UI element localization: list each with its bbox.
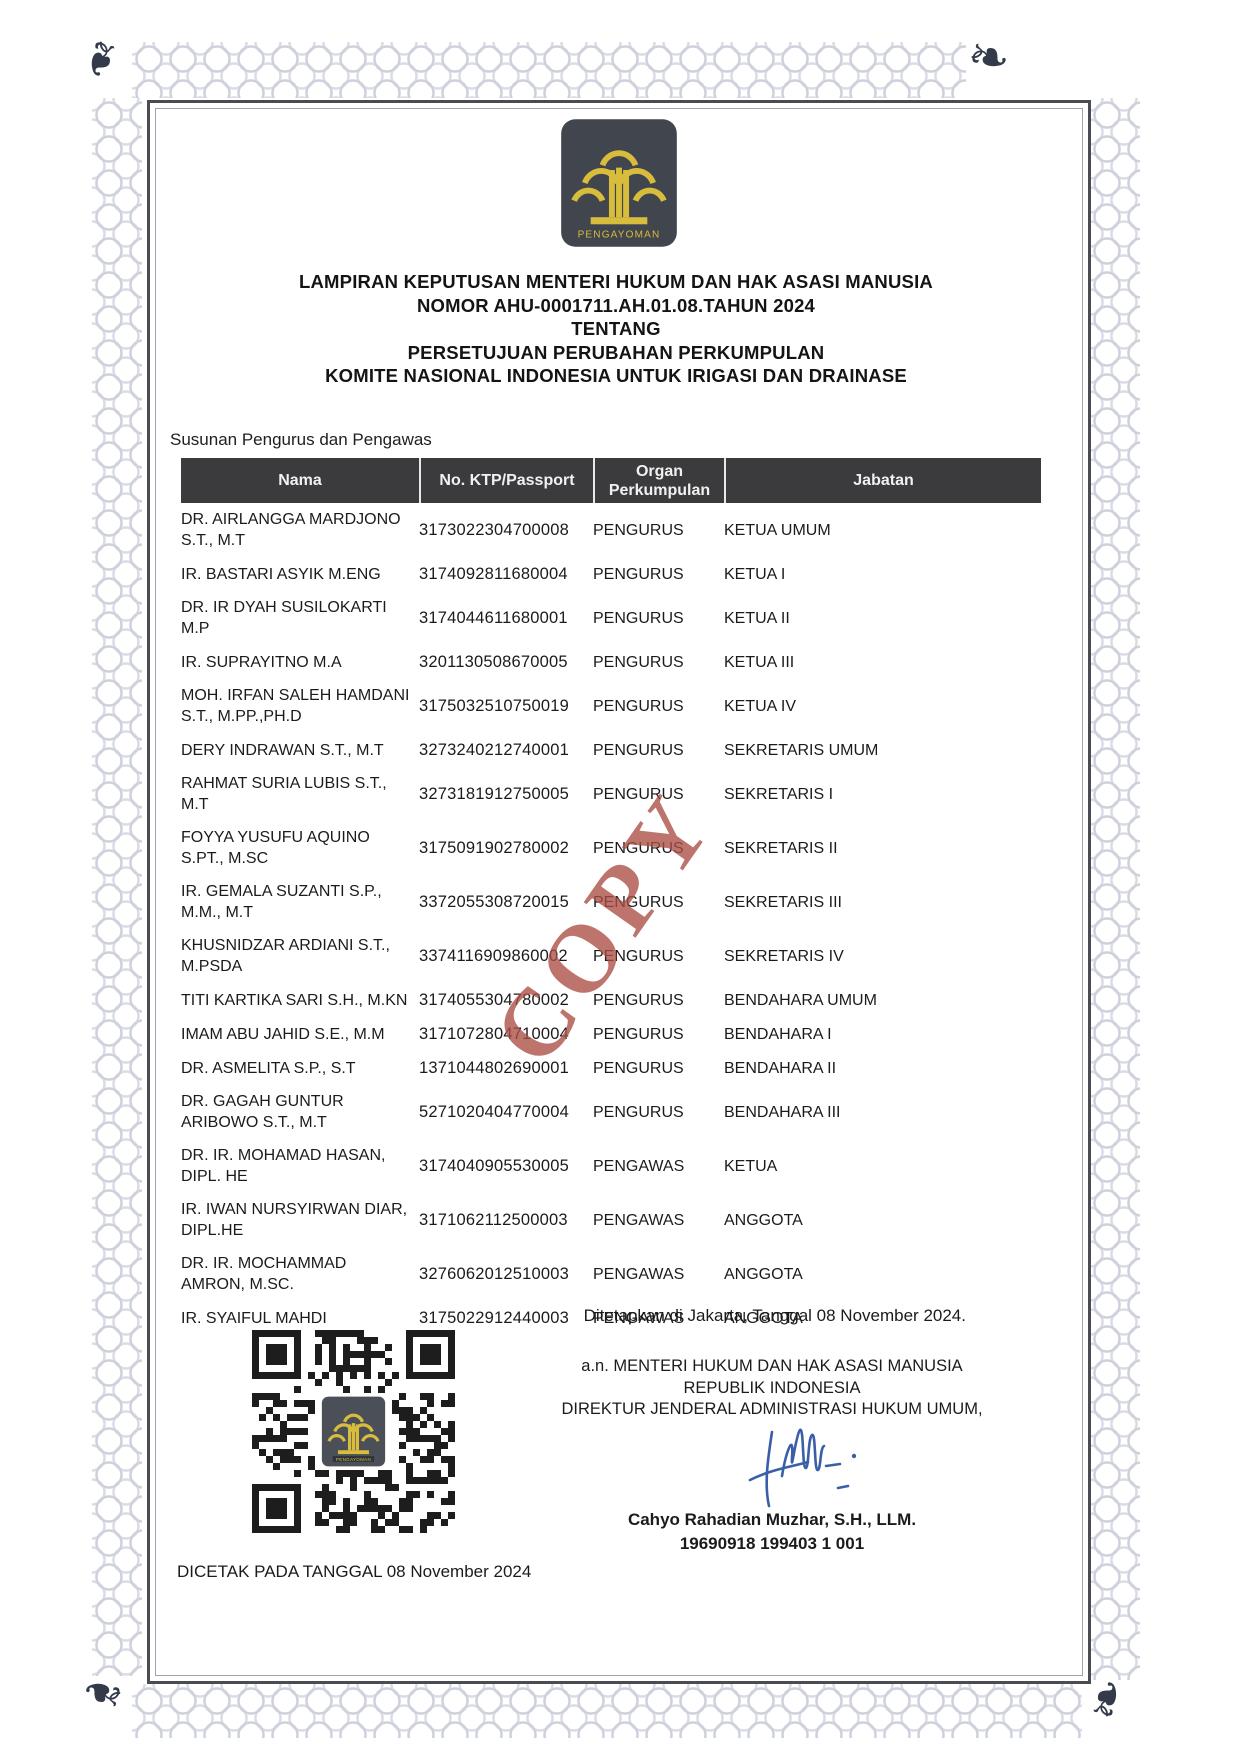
corner-fleuron-icon: ❧ — [73, 34, 130, 84]
cell-organ: PENGURUS — [593, 520, 724, 541]
cell-nama: IR. SUPRAYITNO M.A — [181, 652, 419, 673]
cell-ktp: 3171062112500003 — [419, 1210, 593, 1231]
cell-jabatan: ANGGOTA — [724, 1264, 1041, 1285]
cell-ktp: 3173022304700008 — [419, 520, 593, 541]
cell-ktp: 3174055304780002 — [419, 990, 593, 1011]
cell-ktp: 3276062012510003 — [419, 1264, 593, 1285]
signer-nip: 19690918 199403 1 001 — [558, 1534, 986, 1554]
cell-ktp: 3273181912750005 — [419, 784, 593, 805]
cell-jabatan: BENDAHARA III — [724, 1102, 1041, 1123]
signer-name: Cahyo Rahadian Muzhar, S.H., LLM. — [558, 1510, 986, 1530]
cell-ktp: 5271020404770004 — [419, 1102, 593, 1123]
document-heading: LAMPIRAN KEPUTUSAN MENTERI HUKUM DAN HAK… — [147, 270, 1085, 388]
table-row: IR. SUPRAYITNO M.A3201130508670005PENGUR… — [181, 645, 1041, 679]
cell-ktp: 3374116909860002 — [419, 946, 593, 967]
scanned-decree-document: ❧ ❧ ❧ ❧ PENGAYOMAN LAMPIRAN KEPUTUSAN ME… — [0, 0, 1242, 1755]
heading-line: LAMPIRAN KEPUTUSAN MENTERI HUKUM DAN HAK… — [147, 270, 1085, 294]
on-behalf-line: a.n. MENTERI HUKUM DAN HAK ASASI MANUSIA — [558, 1356, 986, 1378]
signature-ink-icon — [742, 1418, 872, 1514]
cell-jabatan: KETUA IV — [724, 696, 1041, 717]
cell-nama: IMAM ABU JAHID S.E., M.M — [181, 1024, 419, 1045]
ministry-pengayoman-logo-icon: PENGAYOMAN — [560, 118, 678, 248]
table-row: DR. AIRLANGGA MARDJONO S.T., M.T31730223… — [181, 503, 1041, 557]
cell-jabatan: BENDAHARA UMUM — [724, 990, 1041, 1011]
table-row: MOH. IRFAN SALEH HAMDANI S.T., M.PP.,PH.… — [181, 679, 1041, 733]
cell-nama: KHUSNIDZAR ARDIANI S.T., M.PSDA — [181, 935, 419, 977]
table-row: IMAM ABU JAHID S.E., M.M3171072804710004… — [181, 1017, 1041, 1051]
table-row: KHUSNIDZAR ARDIANI S.T., M.PSDA337411690… — [181, 929, 1041, 983]
column-header-nama: Nama — [181, 458, 419, 503]
cell-jabatan: ANGGOTA — [724, 1210, 1041, 1231]
cell-organ: PENGURUS — [593, 1058, 724, 1079]
corner-fleuron-icon: ❧ — [964, 29, 1014, 86]
cell-nama: IR. BASTARI ASYIK M.ENG — [181, 564, 419, 585]
officials-table: Nama No. KTP/Passport Organ Perkumpulan … — [181, 458, 1041, 1335]
on-behalf-block: a.n. MENTERI HUKUM DAN HAK ASASI MANUSIA… — [558, 1356, 986, 1421]
on-behalf-line: REPUBLIK INDONESIA — [558, 1378, 986, 1400]
table-row: DR. IR. MOHAMAD HASAN, DIPL. HE317404090… — [181, 1139, 1041, 1193]
cell-jabatan: KETUA UMUM — [724, 520, 1041, 541]
cell-jabatan: BENDAHARA II — [724, 1058, 1041, 1079]
cell-organ: PENGAWAS — [593, 1210, 724, 1231]
table-row: IR. BASTARI ASYIK M.ENG3174092811680004P… — [181, 557, 1041, 591]
cell-organ: PENGURUS — [593, 740, 724, 761]
corner-fleuron-icon: ❧ — [78, 1665, 128, 1722]
cell-ktp: 3171072804710004 — [419, 1024, 593, 1045]
cell-ktp: 3174092811680004 — [419, 564, 593, 585]
cell-organ: PENGURUS — [593, 990, 724, 1011]
cell-organ: PENGURUS — [593, 784, 724, 805]
table-row: DR. ASMELITA S.P., S.T1371044802690001PE… — [181, 1051, 1041, 1085]
cell-nama: DERY INDRAWAN S.T., M.T — [181, 740, 419, 761]
heading-line: NOMOR AHU-0001711.AH.01.08.TAHUN 2024 — [147, 294, 1085, 318]
table-row: FOYYA YUSUFU AQUINO S.PT., M.SC317509190… — [181, 821, 1041, 875]
cell-jabatan: SEKRETARIS II — [724, 838, 1041, 859]
cell-nama: TITI KARTIKA SARI S.H., M.KN — [181, 990, 419, 1011]
cell-nama: IR. IWAN NURSYIRWAN DIAR, DIPL.HE — [181, 1199, 419, 1241]
cell-nama: MOH. IRFAN SALEH HAMDANI S.T., M.PP.,PH.… — [181, 685, 419, 727]
printed-date-note: DICETAK PADA TANGGAL 08 November 2024 — [177, 1562, 531, 1582]
cell-nama: DR. IR DYAH SUSILOKARTI M.P — [181, 597, 419, 639]
cell-nama: IR. SYAIFUL MAHDI — [181, 1308, 419, 1329]
column-header-organ: Organ Perkumpulan — [593, 458, 724, 503]
table-row: DR. IR DYAH SUSILOKARTI M.P3174044611680… — [181, 591, 1041, 645]
cell-nama: DR. ASMELITA S.P., S.T — [181, 1058, 419, 1079]
cell-nama: RAHMAT SURIA LUBIS S.T., M.T — [181, 773, 419, 815]
table-row: IR. IWAN NURSYIRWAN DIAR, DIPL.HE3171062… — [181, 1193, 1041, 1247]
lace-border-left — [92, 98, 142, 1676]
column-header-ktp: No. KTP/Passport — [419, 458, 593, 503]
cell-organ: PENGURUS — [593, 564, 724, 585]
cell-jabatan: BENDAHARA I — [724, 1024, 1041, 1045]
cell-jabatan: KETUA II — [724, 608, 1041, 629]
cell-organ: PENGURUS — [593, 696, 724, 717]
table-row: RAHMAT SURIA LUBIS S.T., M.T327318191275… — [181, 767, 1041, 821]
table-row: IR. GEMALA SUZANTI S.P., M.M., M.T337205… — [181, 875, 1041, 929]
cell-nama: DR. IR. MOHAMAD HASAN, DIPL. HE — [181, 1145, 419, 1187]
cell-organ: PENGURUS — [593, 946, 724, 967]
heading-line: TENTANG — [147, 317, 1085, 341]
lace-border-bottom — [132, 1684, 1082, 1738]
heading-line: PERSETUJUAN PERUBAHAN PERKUMPULAN — [147, 341, 1085, 365]
cell-ktp: 3372055308720015 — [419, 892, 593, 913]
cell-organ: PENGURUS — [593, 608, 724, 629]
cell-nama: FOYYA YUSUFU AQUINO S.PT., M.SC — [181, 827, 419, 869]
lace-border-top — [132, 42, 966, 98]
cell-organ: PENGURUS — [593, 892, 724, 913]
cell-nama: DR. GAGAH GUNTUR ARIBOWO S.T., M.T — [181, 1091, 419, 1133]
table-row: TITI KARTIKA SARI S.H., M.KN317405530478… — [181, 983, 1041, 1017]
verification-qr-code: PENGAYOMAN — [252, 1330, 455, 1533]
cell-organ: PENGURUS — [593, 652, 724, 673]
cell-nama: DR. AIRLANGGA MARDJONO S.T., M.T — [181, 509, 419, 551]
cell-organ: PENGURUS — [593, 1102, 724, 1123]
cell-jabatan: KETUA III — [724, 652, 1041, 673]
cell-organ: PENGURUS — [593, 838, 724, 859]
cell-ktp: 3174040905530005 — [419, 1156, 593, 1177]
qr-center-logo-icon: PENGAYOMAN — [318, 1396, 389, 1467]
cell-nama: DR. IR. MOCHAMMAD AMRON, M.SC. — [181, 1253, 419, 1295]
cell-ktp: 3175091902780002 — [419, 838, 593, 859]
table-row: DERY INDRAWAN S.T., M.T3273240212740001P… — [181, 733, 1041, 767]
cell-organ: PENGAWAS — [593, 1264, 724, 1285]
table-body: DR. AIRLANGGA MARDJONO S.T., M.T31730223… — [181, 503, 1041, 1335]
column-header-jabatan: Jabatan — [724, 458, 1041, 503]
cell-jabatan: KETUA — [724, 1156, 1041, 1177]
cell-ktp: 3273240212740001 — [419, 740, 593, 761]
table-row: DR. IR. MOCHAMMAD AMRON, M.SC.3276062012… — [181, 1247, 1041, 1301]
cell-jabatan: SEKRETARIS III — [724, 892, 1041, 913]
section-label: Susunan Pengurus dan Pengawas — [170, 430, 432, 450]
cell-nama: IR. GEMALA SUZANTI S.P., M.M., M.T — [181, 881, 419, 923]
logo-caption: PENGAYOMAN — [578, 229, 661, 240]
cell-jabatan: KETUA I — [724, 564, 1041, 585]
cell-ktp: 3175032510750019 — [419, 696, 593, 717]
cell-jabatan: SEKRETARIS IV — [724, 946, 1041, 967]
cell-ktp: 1371044802690001 — [419, 1058, 593, 1079]
cell-organ: PENGURUS — [593, 1024, 724, 1045]
table-row: DR. GAGAH GUNTUR ARIBOWO S.T., M.T527102… — [181, 1085, 1041, 1139]
cell-jabatan: SEKRETARIS I — [724, 784, 1041, 805]
heading-line: KOMITE NASIONAL INDONESIA UNTUK IRIGASI … — [147, 364, 1085, 388]
table-header-row: Nama No. KTP/Passport Organ Perkumpulan … — [181, 458, 1041, 503]
placed-date-line: Ditetapkan di Jakarta, Tanggal 08 Novemb… — [500, 1306, 966, 1326]
lace-border-right — [1090, 98, 1140, 1680]
cell-ktp: 3201130508670005 — [419, 652, 593, 673]
cell-jabatan: SEKRETARIS UMUM — [724, 740, 1041, 761]
cell-ktp: 3174044611680001 — [419, 608, 593, 629]
cell-organ: PENGAWAS — [593, 1156, 724, 1177]
qr-logo-caption: PENGAYOMAN — [336, 1457, 371, 1462]
